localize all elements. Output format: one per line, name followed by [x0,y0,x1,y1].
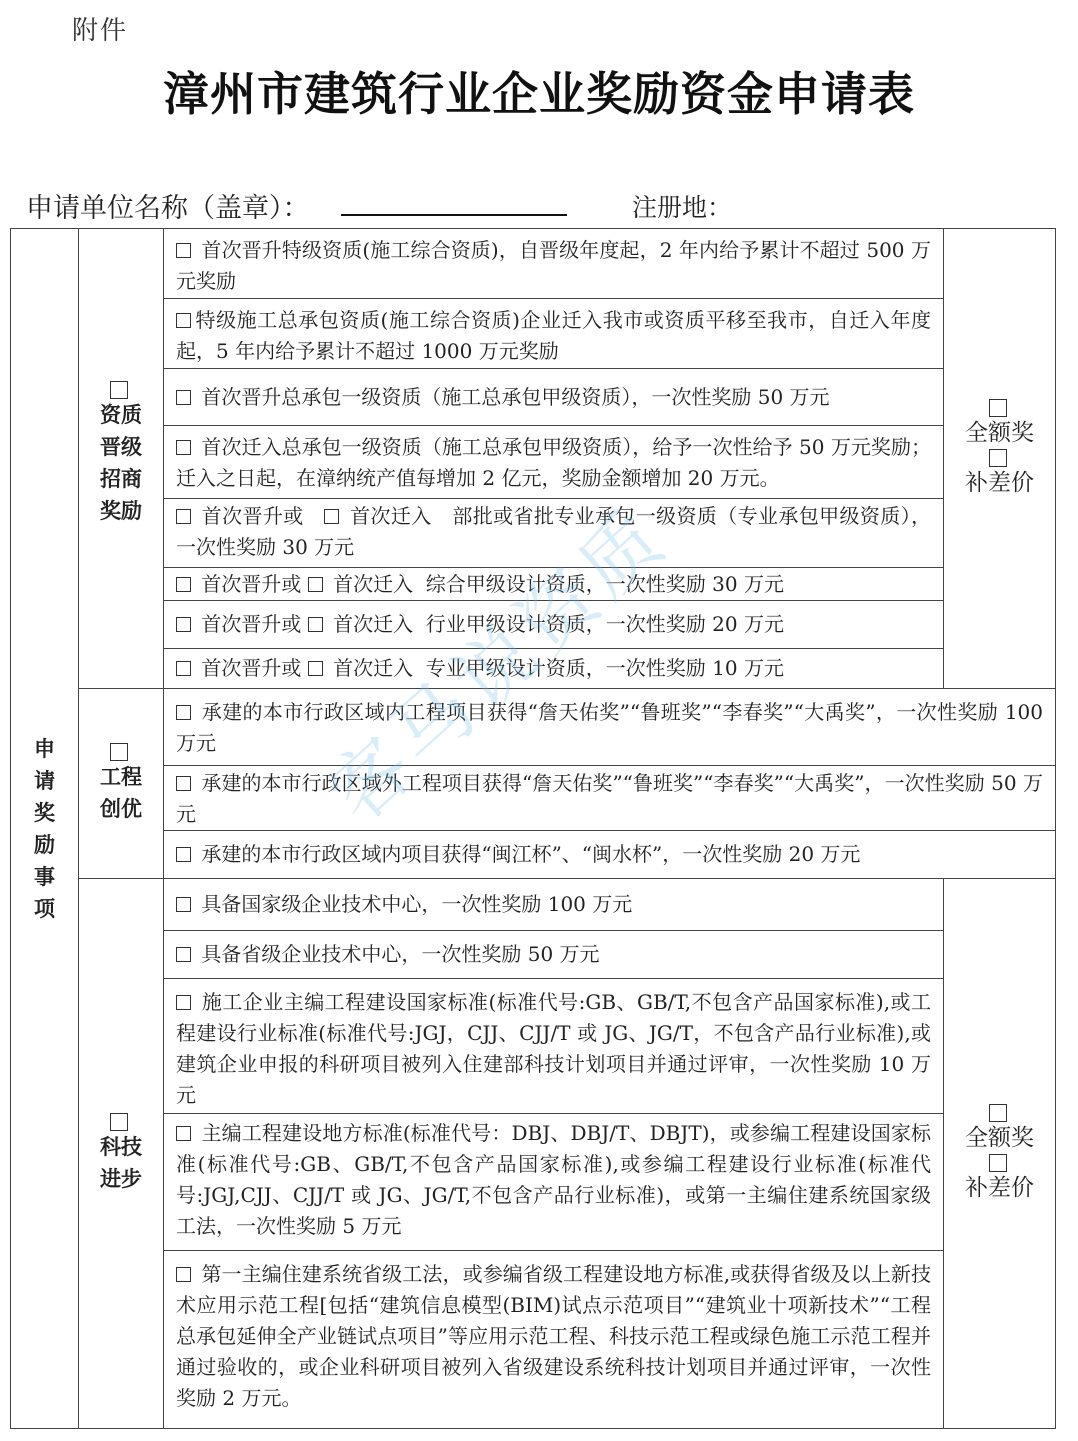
qualification-item-2: 特级施工总承包资质(施工综合资质)企业迁入我市或资质平移至我市，自迁入年度起，5… [163,298,944,369]
page-title: 漳州市建筑行业企业奖励资金申请表 [0,58,1078,124]
checkbox[interactable] [176,390,191,405]
section-engineering-cell: 工程 创优 [78,688,164,879]
technology-item-1: 具备国家级企业技术中心，一次性奖励 100 万元 [163,878,944,931]
section-technology-cell: 科技 进步 [78,878,164,1429]
full-award-checkbox[interactable] [989,399,1007,417]
section-qualification-cell: 资质 晋级 招商 奖励 [78,228,164,689]
applicant-name-label: 申请单位名称（盖章）： [26,186,310,225]
qualification-item-3: 首次晋升总承包一级资质（施工总承包甲级资质），一次性奖励 50 万元 [163,368,944,426]
technology-item-4: 主编工程建设地方标准(标准代号：DBJ、DBJ/T、DBJT)，或参编工程建设国… [163,1113,944,1251]
qualification-item-1: 首次晋升特级资质(施工综合资质)，自晋级年度起，2 年内给予累计不超过 500 … [163,228,944,299]
checkbox-first-relocation[interactable] [308,617,323,632]
qualification-item-6: 首次晋升或 首次迁入 综合甲级设计资质，一次性奖励 30 万元 [163,567,944,601]
award-option-cell-technology: 全额奖 补差价 [943,878,1056,1429]
qualification-item-4: 首次迁入总承包一级资质（施工总承包甲级资质），给予一次性给予 50 万元奖励；迁… [163,425,944,499]
full-award-checkbox[interactable] [989,1104,1007,1122]
checkbox-first-relocation[interactable] [308,661,323,676]
engineering-item-2: 承建的本市行政区域外工程项目获得“詹天佑奖”“鲁班奖”“李春奖”“大禹奖”，一次… [163,765,1056,831]
section-technology-checkbox[interactable] [110,1113,128,1131]
checkbox-first-relocation[interactable] [324,509,339,524]
checkbox[interactable] [176,947,191,962]
checkbox-first-promotion[interactable] [176,577,191,592]
checkbox[interactable] [176,440,191,455]
technology-item-3: 施工企业主编工程建设国家标准(标准代号:GB、GB/T,不包含产品国家标准),或… [163,978,944,1114]
checkbox[interactable] [176,776,191,791]
full-award-label: 全额奖 [965,1122,1034,1154]
checkbox-first-promotion[interactable] [176,509,191,524]
difference-award-checkbox[interactable] [989,1154,1007,1172]
section-qualification-checkbox[interactable] [110,381,128,399]
section-qualification-label: 资质 晋级 招商 奖励 [100,399,142,527]
section-technology-label: 科技 进步 [100,1131,142,1195]
attachment-label: 附件 [72,10,128,47]
engineering-item-3: 承建的本市行政区域内项目获得“闽江杯”、“闽水杯”，一次性奖励 20 万元 [163,830,1056,879]
award-option-cell-qualification: 全额奖 补差价 [943,228,1056,689]
checkbox-first-promotion[interactable] [176,617,191,632]
section-engineering-checkbox[interactable] [110,743,128,761]
engineering-item-1: 承建的本市行政区域内工程项目获得“詹天佑奖”“鲁班奖”“李春奖”“大禹奖”，一次… [163,688,1056,766]
technology-item-2: 具备省级企业技术中心，一次性奖励 50 万元 [163,930,944,979]
difference-award-label: 补差价 [965,467,1034,499]
checkbox[interactable] [176,1126,191,1141]
qualification-item-8: 首次晋升或 首次迁入 专业甲级设计资质，一次性奖励 10 万元 [163,648,944,689]
section-engineering-label: 工程 创优 [100,761,142,825]
checkbox[interactable] [176,313,191,328]
technology-item-5: 第一主编住建系统省级工法，或参编省级工程建设地方标准,或获得省级及以上新技术应用… [163,1250,944,1429]
checkbox[interactable] [176,1267,191,1282]
checkbox-first-promotion[interactable] [176,661,191,676]
registered-location-label: 注册地： [632,188,732,224]
difference-award-label: 补差价 [965,1172,1034,1204]
full-award-label: 全额奖 [965,417,1034,449]
qualification-item-5: 首次晋升或 首次迁入 部批或省批专业承包一级资质（专业承包甲级资质），一次性奖励… [163,498,944,568]
difference-award-checkbox[interactable] [989,449,1007,467]
qualification-item-7: 首次晋升或 首次迁入 行业甲级设计资质，一次性奖励 20 万元 [163,600,944,649]
row-header-label: 申请奖励事项 [33,733,57,925]
applicant-name-field[interactable] [341,214,567,216]
checkbox[interactable] [176,847,191,862]
row-header-cell: 申请奖励事项 [10,228,79,1429]
checkbox-first-relocation[interactable] [308,577,323,592]
checkbox[interactable] [176,995,191,1010]
checkbox[interactable] [176,243,191,258]
checkbox[interactable] [176,705,191,720]
checkbox[interactable] [176,897,191,912]
